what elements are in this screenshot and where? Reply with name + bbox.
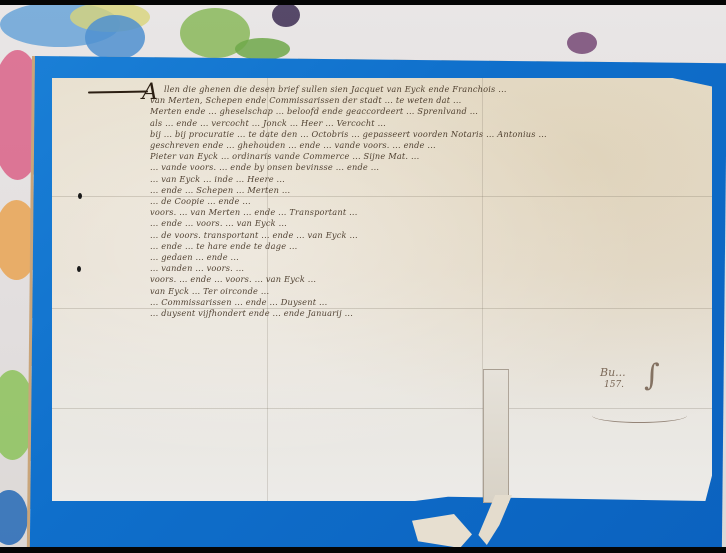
parchment-document: A llen die ghenen die desen brief sullen… — [52, 78, 712, 501]
signature-year: 157. — [604, 380, 624, 390]
letterbox-bottom — [0, 547, 726, 553]
pin-hole — [77, 266, 81, 272]
handwritten-text: llen die ghenen die desen brief sullen s… — [150, 84, 698, 319]
text-line: ... duysent vijfhondert ende ... ende Ja… — [150, 308, 698, 319]
text-line: ... van Eyck ... inde ... Heere ... — [150, 174, 698, 185]
text-line: ... vande voors. ... ende by onsen bevin… — [150, 162, 698, 173]
butterfly-wing-blue2 — [85, 15, 145, 60]
text-line: ... ende ... te hare ende te dage ... — [150, 241, 698, 252]
text-line: voors. ... van Merten ... ende ... Trans… — [150, 207, 698, 218]
pin-hole — [78, 193, 82, 199]
text-line: van Merten, Schepen ende Commissarissen … — [150, 95, 698, 106]
text-line: voors. ... ende ... voors. ... van Eyck … — [150, 274, 698, 285]
text-line: ... de Coopie ... ende ... — [150, 196, 698, 207]
text-line: ... de voors. transportant ... ende ... … — [150, 230, 698, 241]
text-line: llen die ghenen die desen brief sullen s… — [150, 84, 698, 95]
butterfly-wing-blue3 — [0, 490, 28, 545]
text-line: geschreven ende ... ghehouden ... ende .… — [150, 140, 698, 151]
butterfly-wing-green2 — [235, 38, 290, 60]
letterbox-top — [0, 0, 726, 5]
butterfly-wing-purple2 — [567, 32, 597, 54]
signature-name: Bu... — [600, 366, 626, 379]
text-line: ... ende ... voors. ... van Eyck ... — [150, 218, 698, 229]
text-line: ... Commissarissen ... ende ... Duysent … — [150, 297, 698, 308]
text-line: bij ... bij procuratie ... te date den .… — [150, 129, 698, 140]
text-line: als ... ende ... vercocht ... Jonck ... … — [150, 118, 698, 129]
signature-underline — [592, 408, 687, 423]
signature: Bu... 157. ∫ — [592, 356, 702, 436]
butterfly-wing-green3 — [0, 370, 35, 460]
text-line: ... ende ... Schepen ... Merten ... — [150, 185, 698, 196]
text-line: van Eyck ... Ter oirconde ... — [150, 286, 698, 297]
seal-tag-strip — [483, 369, 509, 503]
photo-scene: A llen die ghenen die desen brief sullen… — [0, 0, 726, 547]
initial-flourish — [88, 90, 148, 93]
text-line: Merten ende ... gheselschap ... beloofd … — [150, 106, 698, 117]
signature-flourish-icon: ∫ — [644, 358, 660, 393]
text-line: Pieter van Eyck ... ordinaris vande Comm… — [150, 151, 698, 162]
text-line: ... vanden ... voors. ... — [150, 263, 698, 274]
text-line: ... gedaen ... ende ... — [150, 252, 698, 263]
butterfly-wing-purple — [272, 3, 300, 27]
